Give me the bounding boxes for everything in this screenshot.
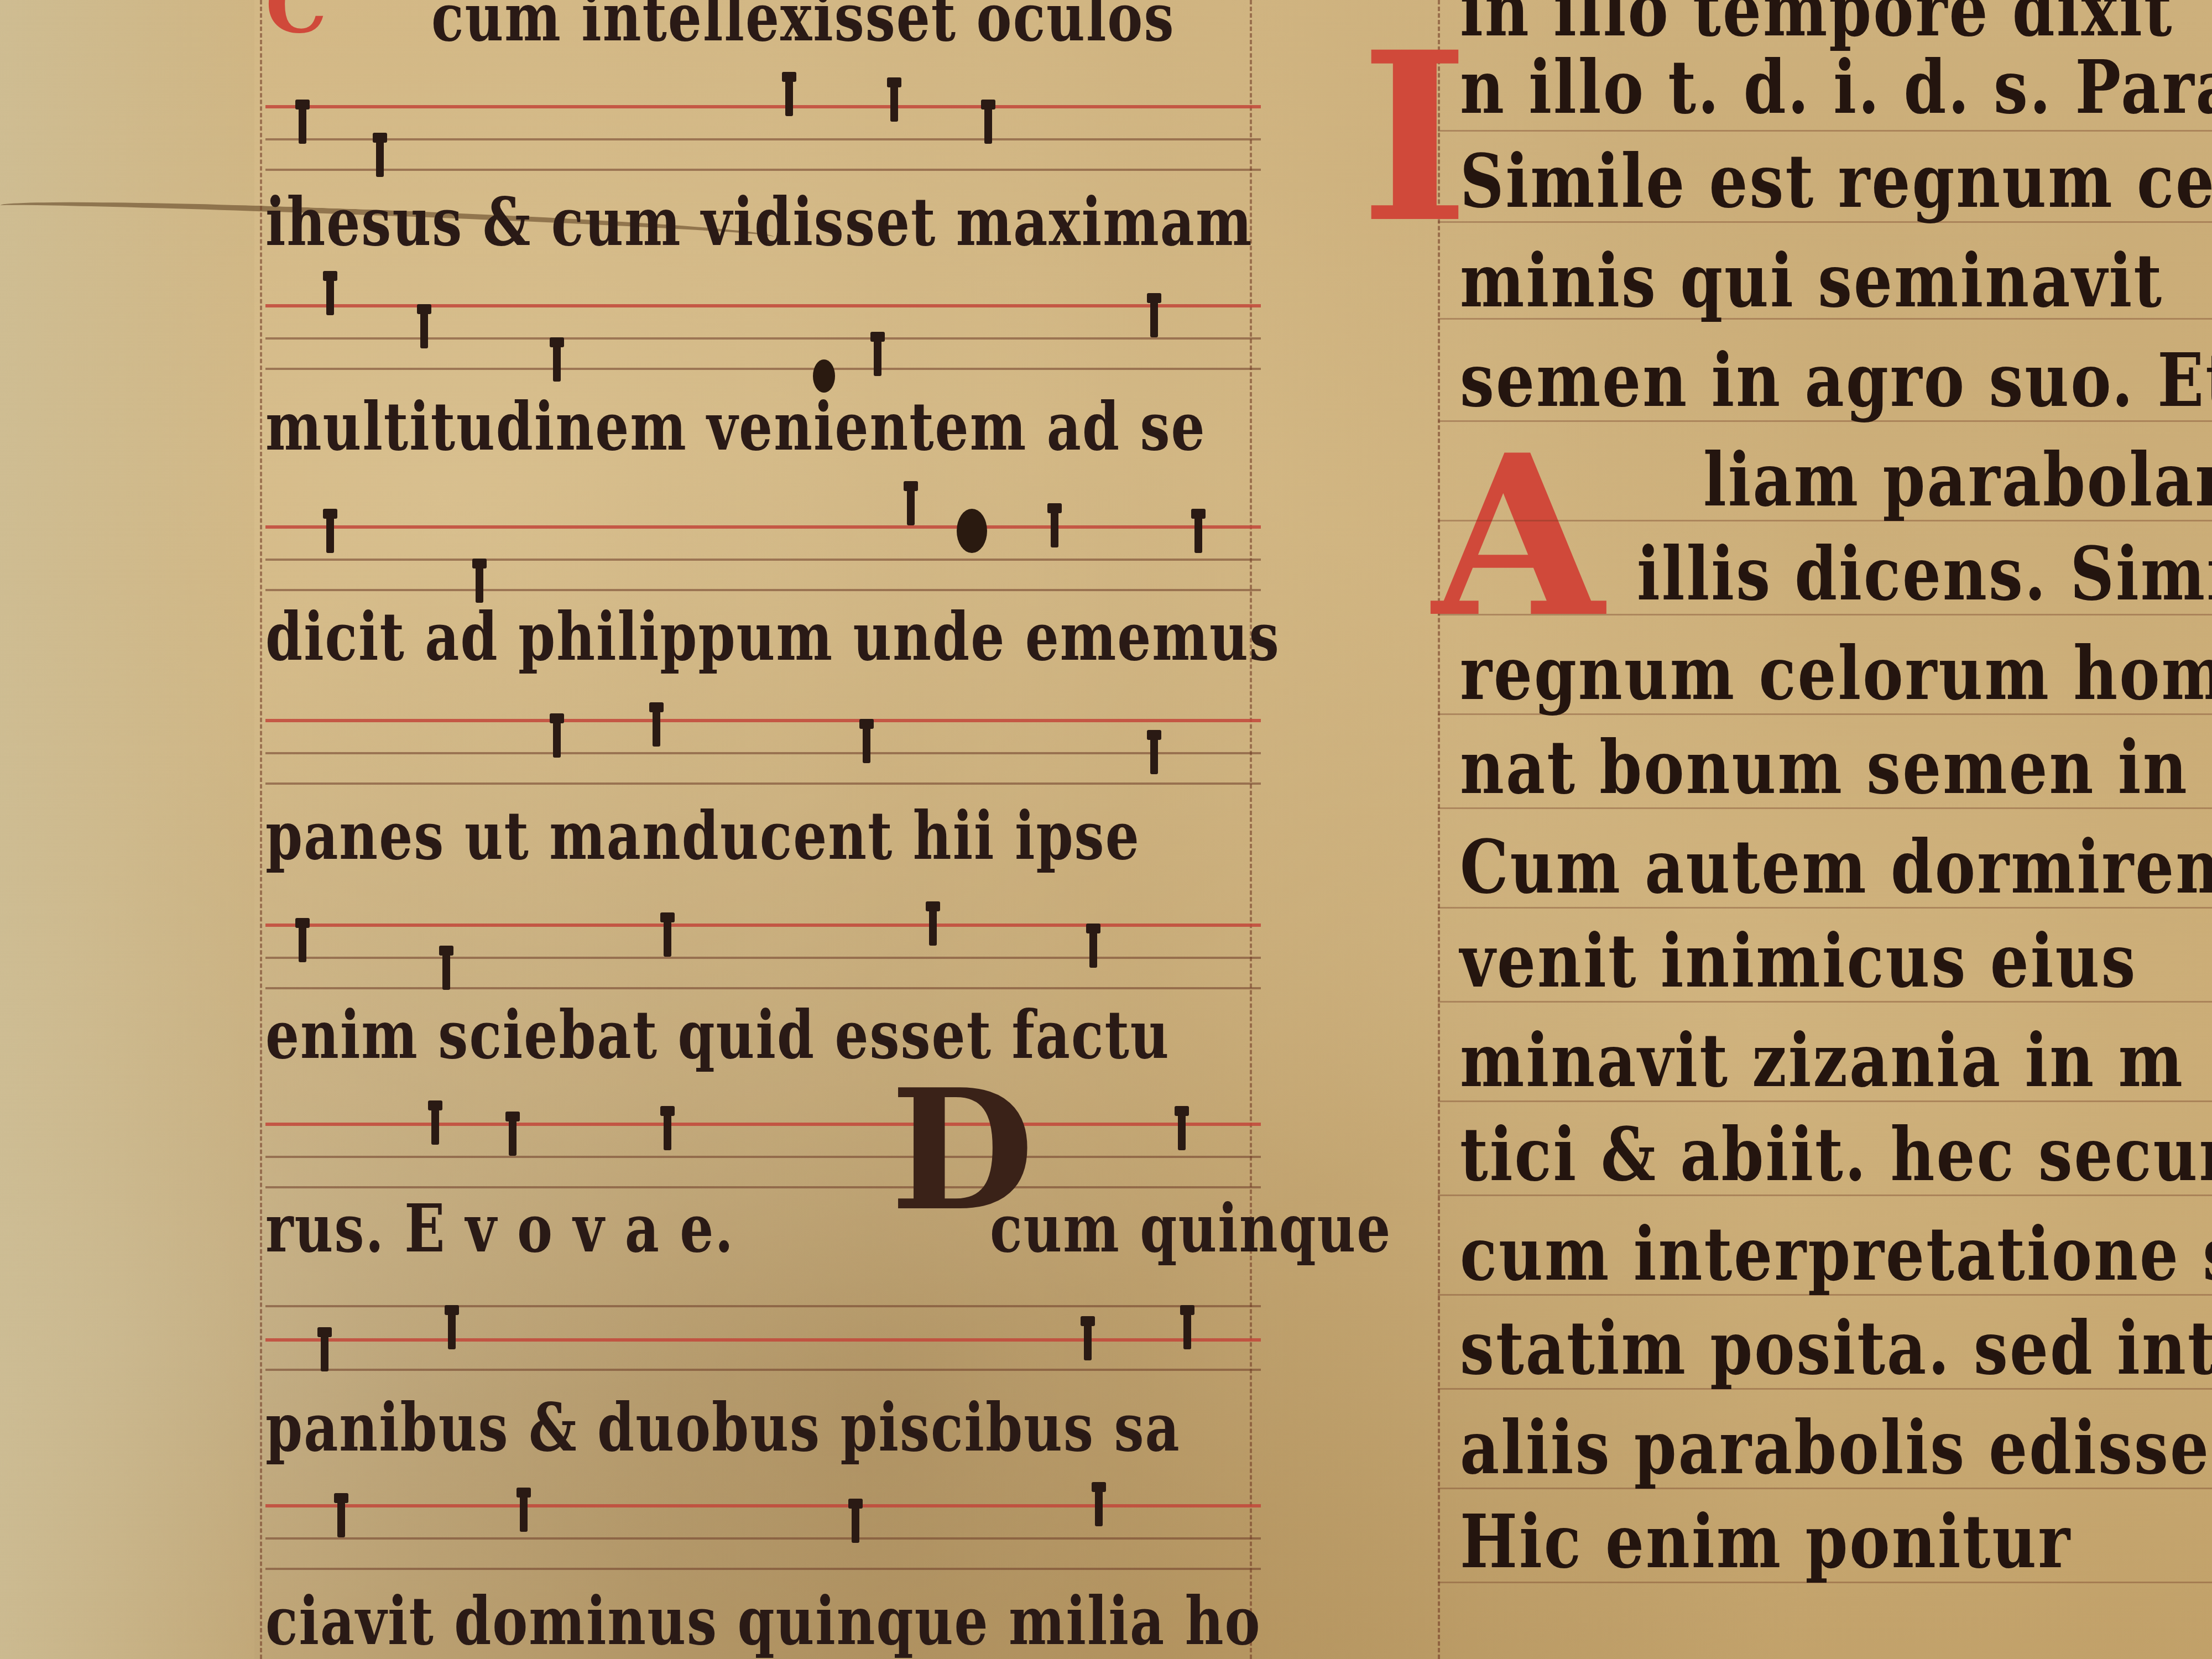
prose-line: Hic enim ponitur — [1460, 1499, 2072, 1584]
lyric-cum-quinque: cum quinque — [990, 1189, 1391, 1267]
lyric-line-4: panes ut manducent hii ipse — [265, 796, 1140, 874]
staff-5 — [265, 924, 1261, 990]
prose-line: aliis parabolis edisse — [1460, 1405, 2210, 1490]
red-initial-I: I — [1360, 22, 1469, 254]
lyric-evovae: rus. E v o v a e. — [265, 1189, 734, 1267]
prose-line: Cum autem dormirent ho — [1460, 824, 2212, 910]
staff-1 — [265, 105, 1261, 171]
staff-7 — [265, 1305, 1261, 1371]
prose-line: regnum celorum homini — [1460, 630, 2212, 716]
prose-line: semen in agro suo. Et re — [1460, 337, 2212, 423]
prose-line: illis dicens. Simi — [1637, 531, 2212, 617]
staff-2 — [265, 304, 1261, 371]
lyric-line-2: multitudinem venientem ad se — [265, 387, 1206, 465]
staff-8 — [265, 1504, 1261, 1571]
prose-line: n illo t. d. i. d. s. Parabolam — [1460, 44, 2212, 130]
left-margin — [0, 0, 254, 1659]
lyric-line-1: ihesus & cum vidisset maximam — [265, 182, 1253, 260]
worm-hole — [957, 509, 987, 553]
prose-line: cum interpretatione su — [1460, 1211, 2212, 1297]
prose-line: minis qui seminavit — [1460, 238, 2163, 324]
prose-line: nat bonum semen in agro — [1460, 724, 2212, 810]
staff-4 — [265, 719, 1261, 785]
red-initial-top: C — [265, 0, 327, 44]
prose-line: venit inimicus eius — [1460, 918, 2137, 1004]
left-ruling — [260, 0, 262, 1659]
prose-line: minavit zizania in m — [1460, 1018, 2184, 1103]
staff-6 — [265, 1123, 1261, 1189]
prose-line: Simile est regnum ce — [1460, 138, 2212, 224]
lyric-line-5: enim sciebat quid esset factu — [265, 995, 1170, 1073]
lyric-line-8: ciavit dominus quinque milia ho — [265, 1582, 1261, 1659]
staff-3 — [265, 525, 1261, 592]
lyric-line-7: panibus & duobus piscibus sa — [265, 1388, 1181, 1466]
prose-line: liam parabolam p — [1703, 437, 2212, 523]
lyric-line-3: dicit ad philippum unde ememus — [265, 597, 1280, 675]
lyric-top-partial: cum intellexisset oculos — [431, 0, 1175, 56]
prose-line: tici & abiit. hec secunda pa — [1460, 1112, 2212, 1197]
prose-line: statim posita. sed inte — [1460, 1305, 2212, 1391]
